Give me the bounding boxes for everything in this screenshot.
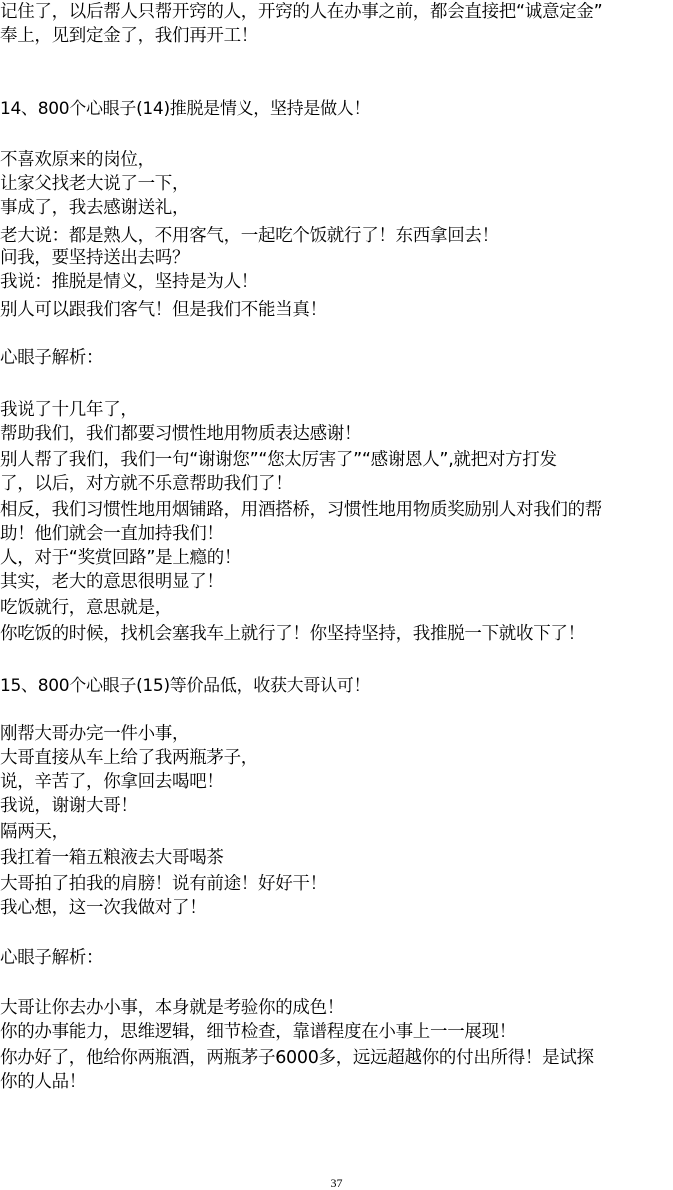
- text-line: 让家父找老大说了一下，: [0, 172, 673, 196]
- text-line: 你的人品！: [0, 1070, 673, 1094]
- text-line: 你吃饭的时候，找机会塞我车上就行了！你坚持坚持，我推脱一下就收下了！: [0, 622, 673, 646]
- text-line: 了，以后，对方就不乐意帮助我们了！: [0, 472, 673, 496]
- text-line: 我说：推脱是情义，坚持是为人！: [0, 270, 673, 294]
- text-line: 大哥让你去办小事，本身就是考验你的成色！: [0, 996, 673, 1020]
- section-heading: 15、800个心眼子(15)等价品低，收获大哥认可！: [0, 674, 673, 698]
- text-line: 其实，老大的意思很明显了！: [0, 570, 673, 594]
- section-heading: 14、800个心眼子(14)推脱是情义，坚持是做人！: [0, 97, 673, 121]
- text-line: 我说，谢谢大哥！: [0, 794, 673, 818]
- text-line: 隔两天，: [0, 820, 673, 844]
- text-line: 我说了十几年了，: [0, 398, 673, 422]
- text-line: 记住了，以后帮人只帮开窍的人，开窍的人在办事之前，都会直接把“诚意定金”: [0, 0, 673, 24]
- text-line: 我扛着一箱五粮液去大哥喝茶: [0, 846, 673, 870]
- analysis-label: 心眼子解析：: [0, 346, 673, 370]
- text-line: 大哥拍了拍我的肩膀！说有前途！好好干！: [0, 872, 673, 896]
- text-line: 人，对于“奖赏回路”是上瘾的！: [0, 546, 673, 570]
- text-line: 我心想，这一次我做对了！: [0, 896, 673, 920]
- text-line: 老大说：都是熟人，不用客气，一起吃个饭就行了！东西拿回去！: [0, 224, 673, 248]
- text-line: 别人帮了我们，我们一句“谢谢您”“您太厉害了”“感谢恩人”,就把对方打发: [0, 448, 673, 472]
- text-line: 奉上，见到定金了，我们再开工！: [0, 24, 673, 48]
- text-line: 问我，要坚持送出去吗？: [0, 246, 673, 270]
- text-line: 吃饭就行，意思就是，: [0, 596, 673, 620]
- text-line: 事成了，我去感谢送礼，: [0, 196, 673, 220]
- page-number: 37: [0, 1176, 673, 1190]
- text-line: 说，辛苦了，你拿回去喝吧！: [0, 770, 673, 794]
- text-line: 刚帮大哥办完一件小事，: [0, 722, 673, 746]
- text-line: 相反，我们习惯性地用烟铺路，用酒搭桥，习惯性地用物质奖励别人对我们的帮: [0, 498, 673, 522]
- text-line: 别人可以跟我们客气！但是我们不能当真！: [0, 298, 673, 322]
- analysis-label: 心眼子解析：: [0, 946, 673, 970]
- text-line: 助！他们就会一直加持我们！: [0, 522, 673, 546]
- text-line: 大哥直接从车上给了我两瓶茅子，: [0, 746, 673, 770]
- text-line: 帮助我们，我们都要习惯性地用物质表达感谢！: [0, 422, 673, 446]
- text-line: 你办好了，他给你两瓶酒，两瓶茅子6000多，远远超越你的付出所得！是试探: [0, 1046, 673, 1070]
- text-line: 不喜欢原来的岗位，: [0, 148, 673, 172]
- document-page: 记住了，以后帮人只帮开窍的人，开窍的人在办事之前，都会直接把“诚意定金” 奉上，…: [0, 0, 673, 1190]
- text-line: 你的办事能力，思维逻辑，细节检查，靠谱程度在小事上一一展现！: [0, 1020, 673, 1044]
